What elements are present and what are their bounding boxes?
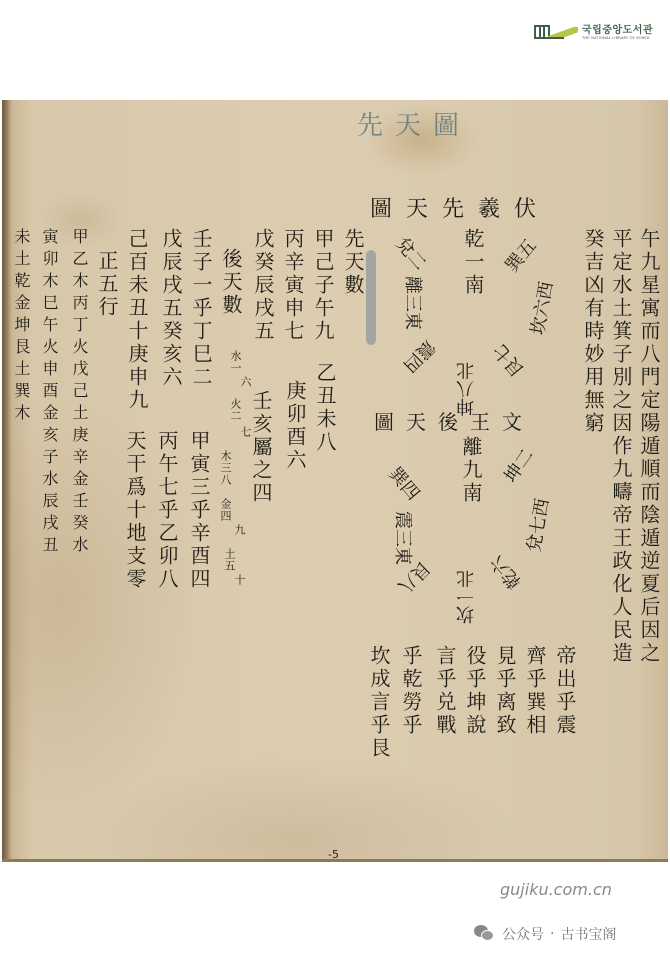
houtian-small-num-6: 金四 bbox=[214, 498, 236, 522]
xiantian-numbers-title: 先天數 bbox=[342, 228, 364, 297]
houtian-small-num-5: 木三八 bbox=[214, 450, 236, 486]
page-number: -5 bbox=[328, 848, 339, 861]
bagua-column-7: 坎成言乎艮 bbox=[368, 645, 390, 760]
text-column-right-2: 平定水土箕子別之因作九疇帝王政化人民造 bbox=[610, 228, 632, 665]
houtian-title: 文王後天圖 bbox=[374, 406, 534, 435]
wuxing-column-3: 未土乾金坤艮土巽木 bbox=[10, 228, 32, 426]
middle-column-3: 己百未丑十庚申九 bbox=[126, 228, 148, 412]
houtian-southeast: 巽四 bbox=[383, 461, 426, 505]
xiantian-numbers-col-2: 丙辛寅申七 bbox=[282, 228, 304, 343]
houtian-small-num-1: 水一 bbox=[224, 350, 246, 374]
wuxing-column-1: 甲乙木丙丁火戊己土庚辛金壬癸水 bbox=[68, 228, 90, 658]
text-column-right-3: 癸吉凶有時妙用無窮 bbox=[582, 228, 604, 435]
bagua-column-5: 言乎兑戰 bbox=[434, 645, 456, 737]
xiantian-numbers-col-1: 甲己子午九 bbox=[312, 228, 334, 343]
houtian-north: 坎一北 bbox=[454, 570, 480, 624]
houtian-northwest: 乾六 bbox=[483, 551, 526, 595]
houtian-southwest: 坤二 bbox=[497, 443, 539, 487]
library-emblem-icon bbox=[534, 24, 578, 42]
faded-title-stamp: 先天圖 bbox=[357, 105, 471, 142]
houtian-small-num-3: 火二 bbox=[224, 398, 246, 422]
logo-english-text: THE NATIONAL LIBRARY OF KOREA bbox=[582, 36, 653, 41]
xiantian-southeast: 兌二 bbox=[390, 231, 433, 275]
wuxing-column-2: 寅卯木巳午火申酉金亥子水辰戌丑 bbox=[38, 228, 60, 788]
xiantian-west: 坎六西 bbox=[524, 279, 559, 337]
middle-column-1: 壬子一乎丁巳二 bbox=[190, 228, 212, 389]
houtian-small-num-8: 土五 bbox=[218, 548, 240, 572]
middle-column-2: 戊辰戌五癸亥六 bbox=[160, 228, 182, 389]
watermark-site: gujiku.com.cn bbox=[500, 880, 612, 899]
logo-korean-text: 국립중앙도서관 bbox=[582, 25, 653, 36]
lower-middle-col-5: 丙午七乎乙卯八 bbox=[156, 430, 178, 591]
wuxing-title: 正五行 bbox=[96, 250, 118, 319]
wechat-icon bbox=[474, 925, 496, 943]
houtian-west: 兌七西 bbox=[520, 496, 555, 554]
houtian-small-num-9: 十 bbox=[228, 574, 250, 586]
houtian-numbers-title: 後天數 bbox=[220, 248, 242, 317]
xiantian-northeast: 震四 bbox=[398, 335, 442, 379]
text-column-right-1: 午九星寓而八門定陽遁順而陰遁逆夏后因之 bbox=[638, 228, 660, 665]
xiantian-title: 伏羲先天圖 bbox=[370, 192, 550, 223]
xiantian-east: 離三東 bbox=[401, 276, 427, 330]
houtian-south: 離九南 bbox=[460, 436, 482, 505]
wechat-label: 公众号 bbox=[502, 924, 544, 944]
watermark-separator: · bbox=[550, 926, 554, 942]
lower-middle-col-3: 壬亥屬之四 bbox=[250, 390, 272, 505]
lower-middle-col-4: 甲寅三乎辛酉四 bbox=[188, 430, 210, 591]
bagua-column-2: 齊乎巽相 bbox=[524, 645, 546, 737]
manuscript-page: 先天圖 伏羲先天圖 午九星寓而八門定陽遁順而陰遁逆夏后因之 平定水土箕子別之因作… bbox=[2, 100, 668, 862]
houtian-small-num-2: 六 bbox=[234, 376, 256, 388]
xiantian-south: 乾一南 bbox=[462, 228, 484, 297]
xiantian-northwest: 艮七 bbox=[486, 339, 529, 383]
xiantian-southwest: 巽五 bbox=[498, 233, 541, 277]
bagua-column-3: 見乎离致 bbox=[494, 645, 516, 737]
xiantian-numbers-col-3: 戊癸辰戌五 bbox=[252, 228, 274, 343]
houtian-small-num-7: 九 bbox=[228, 524, 250, 536]
lower-middle-col-2: 庚卯酉六 bbox=[284, 380, 306, 472]
bagua-column-1: 帝出乎震 bbox=[554, 645, 576, 737]
library-logo: 국립중앙도서관 THE NATIONAL LIBRARY OF KOREA bbox=[534, 22, 664, 44]
lower-middle-col-1: 乙丑未八 bbox=[314, 362, 336, 454]
ink-smear bbox=[366, 250, 376, 345]
bagua-column-6: 乎乾勞乎 bbox=[400, 645, 422, 737]
houtian-east: 震三東 bbox=[391, 511, 417, 565]
lower-middle-col-6: 天干爲十地支零 bbox=[124, 430, 146, 591]
bagua-column-4: 役乎坤說 bbox=[464, 645, 486, 737]
wechat-account-name: 古书宝阁 bbox=[560, 924, 616, 944]
wechat-watermark: 公众号 · 古书宝阁 bbox=[474, 924, 616, 944]
